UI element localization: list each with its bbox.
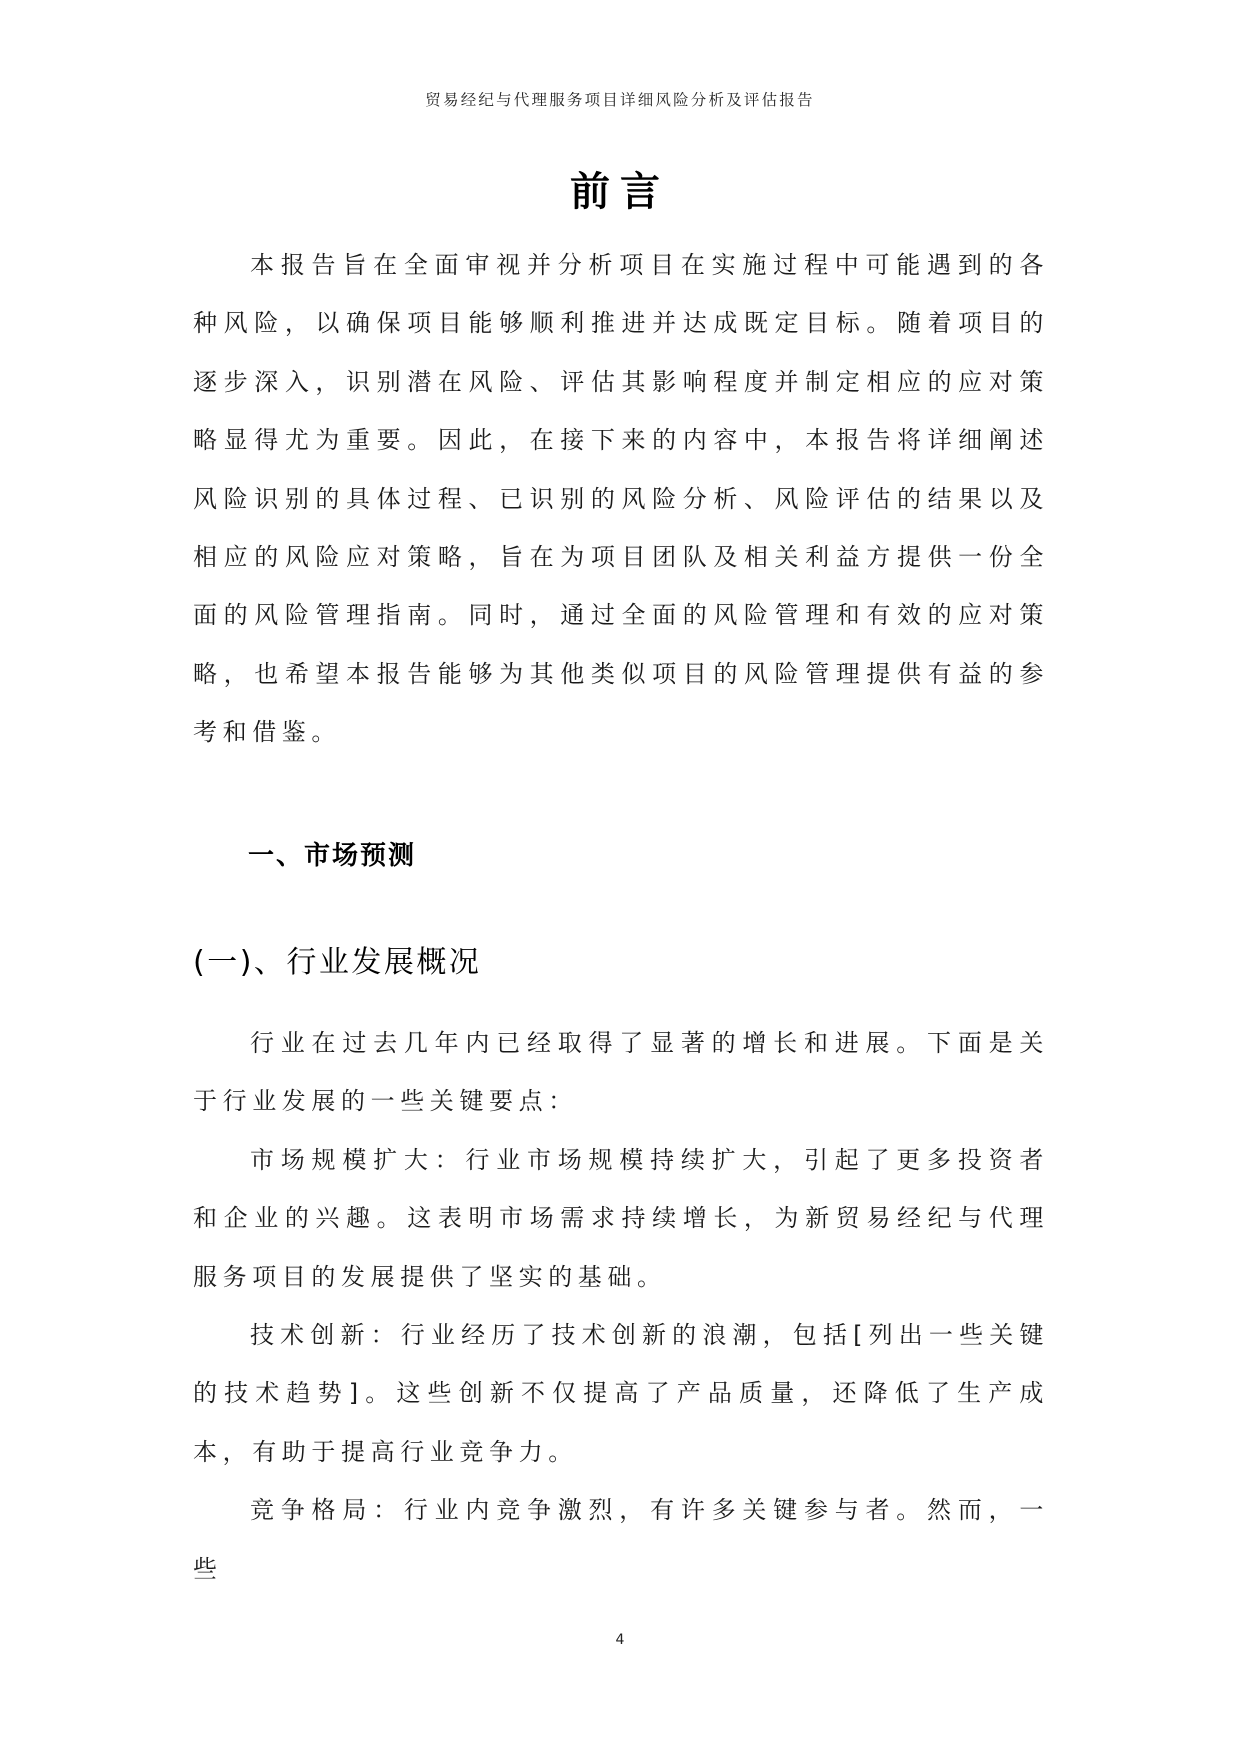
subsection-heading: (一)、行业发展概况 xyxy=(193,937,481,981)
section-heading: 一、市场预测 xyxy=(248,835,416,872)
page-number: 4 xyxy=(0,1632,1240,1648)
body-paragraph: 行业在过去几年内已经取得了显著的增长和进展。下面是关于行业发展的一些关键要点： xyxy=(193,1014,1049,1131)
body-paragraph: 市场规模扩大：行业市场规模持续扩大，引起了更多投资者和企业的兴趣。这表明市场需求… xyxy=(193,1131,1049,1306)
body-paragraph: 竞争格局：行业内竞争激烈，有许多关键参与者。然而，一些 xyxy=(193,1481,1049,1598)
preface-body: 本报告旨在全面审视并分析项目在实施过程中可能遇到的各种风险，以确保项目能够顺利推… xyxy=(193,236,1049,762)
running-header: 贸易经纪与代理服务项目详细风险分析及评估报告 xyxy=(0,88,1240,110)
preface-paragraph: 本报告旨在全面审视并分析项目在实施过程中可能遇到的各种风险，以确保项目能够顺利推… xyxy=(193,236,1049,762)
body-paragraph: 技术创新：行业经历了技术创新的浪潮，包括[列出一些关键的技术趋势]。这些创新不仅… xyxy=(193,1306,1049,1481)
subsection-body: 行业在过去几年内已经取得了显著的增长和进展。下面是关于行业发展的一些关键要点： … xyxy=(193,1014,1049,1598)
page-title: 前言 xyxy=(0,160,1240,217)
